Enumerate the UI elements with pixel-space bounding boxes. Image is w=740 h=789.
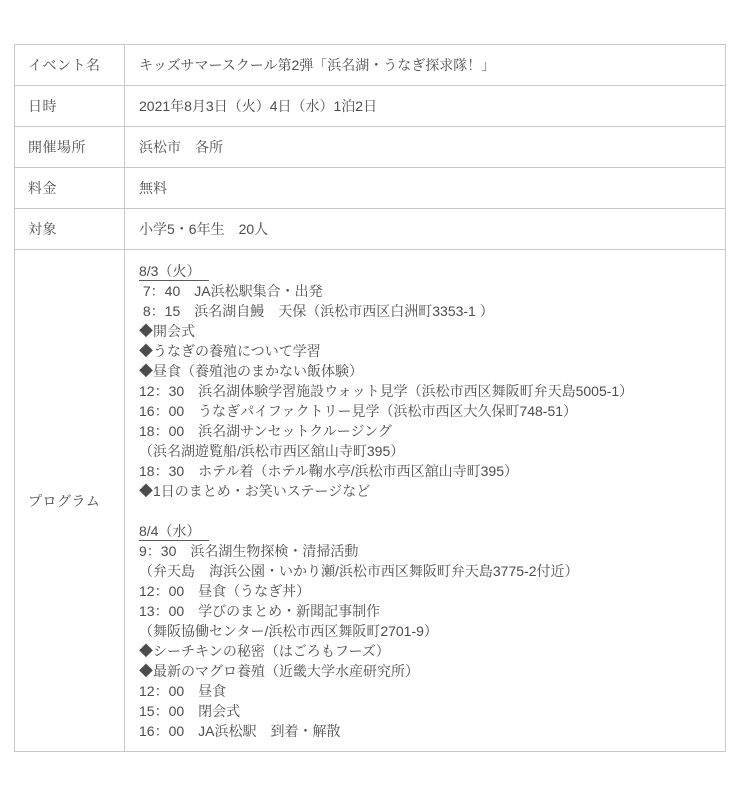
- row-label-venue: 開催場所: [15, 127, 125, 168]
- program-line: 18：00 浜名湖サンセットクルージング: [139, 421, 711, 441]
- program-line: 16：00 うなぎパイファクトリー見学（浜松市西区大久保町748-51）: [139, 401, 711, 421]
- program-line: （弁天島 海浜公園・いかり瀬/浜松市西区舞阪町弁天島3775-2付近）: [139, 561, 711, 581]
- program-line: 7：40 JA浜松駅集合・出発: [139, 281, 711, 301]
- table-row-target: 対象 小学5・6年生 20人: [15, 209, 726, 250]
- row-label-datetime: 日時: [15, 86, 125, 127]
- program-line: 12：00 昼食: [139, 681, 711, 701]
- table-row-fee: 料金 無料: [15, 168, 726, 209]
- program-line: （浜名湖遊覧船/浜松市西区舘山寺町395）: [139, 441, 711, 461]
- program-line: ◆うなぎの養殖について学習: [139, 341, 711, 361]
- program-day-1-heading-line: 8/3（火）: [139, 261, 711, 281]
- program-day-2: 8/4（水） 9：30 浜名湖生物探検・清掃活動 （弁天島 海浜公園・いかり瀬/…: [139, 521, 711, 741]
- program-line: 8：15 浜名湖自鰻 天保（浜松市西区白洲町3353-1 ）: [139, 301, 711, 321]
- program-line: 12：30 浜名湖体験学習施設ウォット見学（浜松市西区舞阪町弁天島5005-1）: [139, 381, 711, 401]
- event-info-page: イベント名 キッズサマースクール第2弾「浜名湖・うなぎ探求隊！」 日時 2021…: [0, 0, 740, 789]
- row-value-datetime: 2021年8月3日（火）4日（水）1泊2日: [125, 86, 726, 127]
- table-row-program: プログラム 8/3（火） 7：40 JA浜松駅集合・出発 8：15 浜名湖自鰻 …: [15, 250, 726, 752]
- row-value-target: 小学5・6年生 20人: [125, 209, 726, 250]
- program-line: 12：00 昼食（うなぎ丼）: [139, 581, 711, 601]
- program-line: （舞阪協働センター/浜松市西区舞阪町2701-9）: [139, 621, 711, 641]
- program-line: 18：30 ホテル着（ホテル鞠水亭/浜松市西区舘山寺町395）: [139, 461, 711, 481]
- row-label-fee: 料金: [15, 168, 125, 209]
- table-row-venue: 開催場所 浜松市 各所: [15, 127, 726, 168]
- row-label-target: 対象: [15, 209, 125, 250]
- row-label-event-name: イベント名: [15, 45, 125, 86]
- program-day-1-heading: 8/3（火）: [139, 262, 209, 281]
- event-info-table: イベント名 キッズサマースクール第2弾「浜名湖・うなぎ探求隊！」 日時 2021…: [14, 44, 726, 752]
- program-line: ◆シーチキンの秘密（はごろもフーズ）: [139, 641, 711, 661]
- program-line: 9：30 浜名湖生物探検・清掃活動: [139, 541, 711, 561]
- program-line: 16：00 JA浜松駅 到着・解散: [139, 721, 711, 741]
- row-value-event-name: キッズサマースクール第2弾「浜名湖・うなぎ探求隊！」: [125, 45, 726, 86]
- program-day-1: 8/3（火） 7：40 JA浜松駅集合・出発 8：15 浜名湖自鰻 天保（浜松市…: [139, 261, 711, 501]
- program-line: ◆1日のまとめ・お笑いステージなど: [139, 481, 711, 501]
- program-day-2-heading: 8/4（水）: [139, 522, 209, 541]
- program-line: ◆最新のマグロ養殖（近畿大学水産研究所）: [139, 661, 711, 681]
- program-line: 15：00 閉会式: [139, 701, 711, 721]
- program-line: ◆昼食（養殖池のまかない飯体験）: [139, 361, 711, 381]
- program-line: ◆開会式: [139, 321, 711, 341]
- table-row-datetime: 日時 2021年8月3日（火）4日（水）1泊2日: [15, 86, 726, 127]
- program-line: 13：00 学びのまとめ・新聞記事制作: [139, 601, 711, 621]
- row-value-fee: 無料: [125, 168, 726, 209]
- row-value-program: 8/3（火） 7：40 JA浜松駅集合・出発 8：15 浜名湖自鰻 天保（浜松市…: [125, 250, 726, 752]
- row-label-program: プログラム: [15, 250, 125, 752]
- row-value-venue: 浜松市 各所: [125, 127, 726, 168]
- table-row-event-name: イベント名 キッズサマースクール第2弾「浜名湖・うなぎ探求隊！」: [15, 45, 726, 86]
- program-day-2-heading-line: 8/4（水）: [139, 521, 711, 541]
